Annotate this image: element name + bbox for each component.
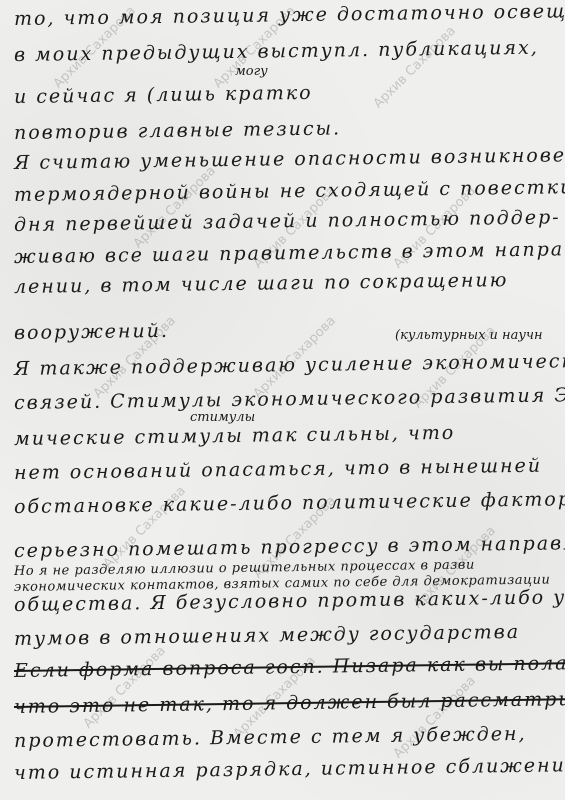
- insertion: (культурных и научн: [395, 328, 543, 343]
- struck-line: Если форма вопроса госп. Пизара как вы п…: [14, 652, 565, 682]
- text-line: термоядерной войны не сходящей с повестк…: [14, 176, 565, 206]
- insertion: стимулы: [190, 410, 255, 425]
- watermark: Архив Сахарова: [81, 643, 169, 731]
- text-line: нет оснований опасаться, что в нынешней: [14, 455, 542, 484]
- text-line: что истинная разрядка, истинное сближени…: [14, 754, 565, 784]
- text-line: вооружений.: [14, 320, 169, 344]
- text-line: мические стимулы так сильны, что: [14, 422, 456, 450]
- text-line: обстановке какие-либо политические факто…: [14, 487, 565, 518]
- text-line: то, что моя позиция уже достаточно освещ: [14, 0, 565, 30]
- text-line: серьезно помешать прогрессу в этом напра…: [14, 532, 565, 562]
- watermark: Архив Сахарова: [371, 23, 459, 111]
- text-line: тумов в отношениях между государства: [14, 621, 520, 650]
- insertion: могу: [235, 64, 268, 79]
- text-line: живаю все шаги правительств в этом напра…: [14, 238, 565, 268]
- struck-line: что это не так, то я должен был рассматр…: [14, 688, 565, 718]
- text-line: лении, в том числе шаги по сокращению: [14, 269, 509, 298]
- text-line: повторив главные тезисы.: [14, 117, 341, 144]
- text-line: дня первейшей задачей и полностью поддер…: [14, 206, 561, 236]
- text-line: и сейчас я (лишь кратко: [14, 82, 313, 108]
- manuscript-page: Архив Сахарова Архив Сахарова Архив Саха…: [0, 0, 565, 800]
- watermark: Архив Сахарова: [131, 163, 219, 251]
- watermark: Архив Сахарова: [391, 673, 479, 761]
- text-line: Я считаю уменьшение опасности возникнове…: [14, 144, 565, 174]
- text-line: Я также поддерживаю усиление экономическ…: [14, 350, 565, 380]
